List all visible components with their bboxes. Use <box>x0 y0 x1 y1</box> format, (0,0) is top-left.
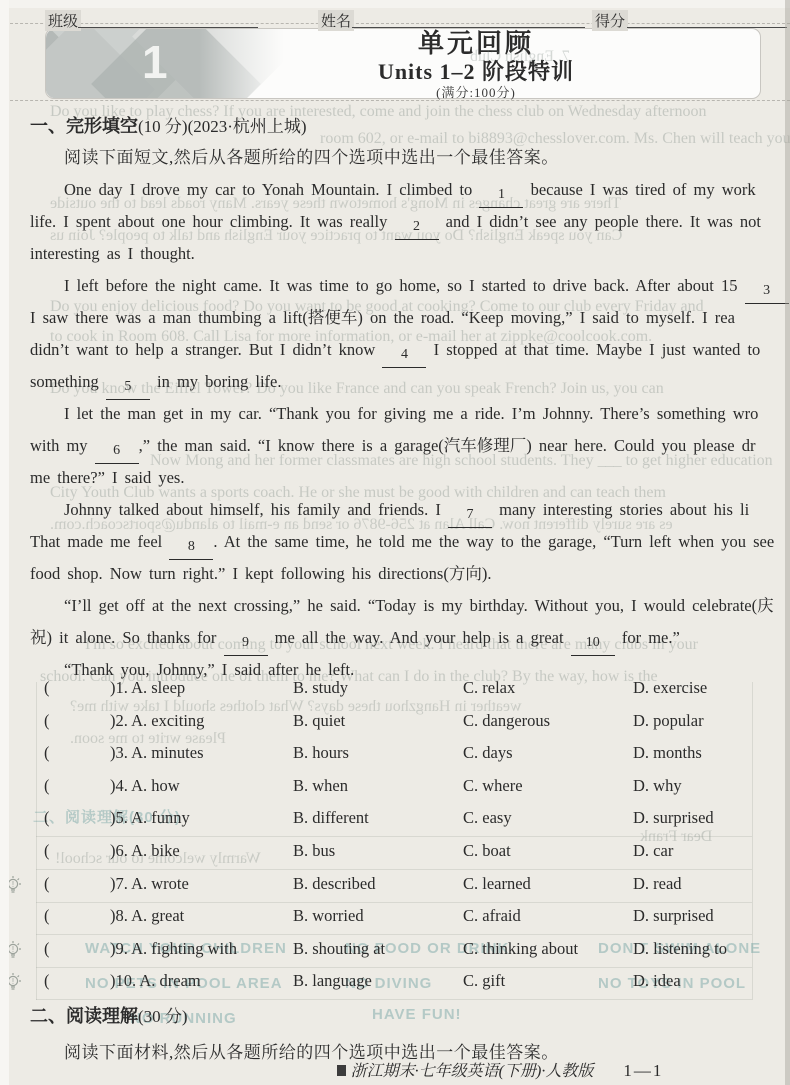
section1-title: 一、完形填空 <box>30 116 138 136</box>
dashed-rule-bottom <box>0 100 790 101</box>
choice-b: B. when <box>293 776 348 796</box>
option-row-1: ()1. A. sleepB. studyC. relaxD. exercise <box>30 678 790 704</box>
class-field-label: 班级 <box>45 10 81 31</box>
answer-bracket-open: ( <box>44 678 50 698</box>
choice-c: C. days <box>463 743 513 763</box>
blank-5: 5 <box>106 379 150 400</box>
answer-bracket-open: ( <box>44 743 50 763</box>
choice-d: D. car <box>633 841 673 861</box>
name-field-line <box>352 27 585 28</box>
passage-line: food shop. Now turn right.” I kept follo… <box>30 558 790 590</box>
passage-line: I left before the night came. It was tim… <box>30 270 790 302</box>
page-top-edge <box>0 0 790 8</box>
score-field-label: 得分 <box>592 10 628 31</box>
choice-c: C. thinking about <box>463 939 578 959</box>
choice-a: )4. A. how <box>110 776 180 796</box>
passage-line: I let the man get in my car. “Thank you … <box>30 398 790 430</box>
blank-3: 3 <box>745 283 789 304</box>
answer-bracket-open: ( <box>44 906 50 926</box>
choice-a: )6. A. bike <box>110 841 180 861</box>
choice-a: )1. A. sleep <box>110 678 185 698</box>
blank-8: 8 <box>169 539 213 560</box>
choice-a: )9. A. fighting with <box>110 939 237 959</box>
choice-b: B. different <box>293 808 369 828</box>
option-row-2: ()2. A. excitingB. quietC. dangerousD. p… <box>30 711 790 737</box>
passage-line: life. I spent about one hour climbing. I… <box>30 206 790 238</box>
choice-d: D. popular <box>633 711 704 731</box>
choice-c: C. learned <box>463 874 531 894</box>
choice-c: C. relax <box>463 678 515 698</box>
footer-text: 浙江期末·七年级英语(下册)·人教版 <box>351 1063 594 1080</box>
choice-a: )10. A. dream <box>110 971 201 991</box>
passage-line: One day I drove my car to Yonah Mountain… <box>30 174 790 206</box>
page-footer: 浙江期末·七年级英语(下册)·人教版1—1 <box>287 1058 713 1085</box>
choice-c: C. afraid <box>463 906 521 926</box>
choice-c: C. easy <box>463 808 512 828</box>
answer-bracket-open: ( <box>44 776 50 796</box>
option-row-7: !()7. A. wroteB. describedC. learnedD. r… <box>30 874 790 900</box>
unit-title-block: 单元回顾 Units 1–2 阶段特训 (满分:100分) <box>196 30 756 100</box>
unit-number: 1 <box>142 35 168 89</box>
name-field-label: 姓名 <box>318 10 354 31</box>
passage-line: Johnny talked about himself, his family … <box>30 494 790 526</box>
answer-bracket-open: ( <box>44 808 50 828</box>
section2-points: (30 分) <box>138 1007 188 1026</box>
section2-heading: 二、阅读理解(30 分) <box>30 1002 188 1028</box>
page-right-edge <box>785 0 790 1085</box>
option-row-3: ()3. A. minutesB. hoursC. daysD. months <box>30 743 790 769</box>
choice-a: )5. A. funny <box>110 808 190 828</box>
choice-b: B. described <box>293 874 375 894</box>
choice-d: D. read <box>633 874 682 894</box>
svg-text:!: ! <box>12 945 14 954</box>
choice-d: D. surprised <box>633 808 714 828</box>
passage-line: something 5 in my boring life. <box>30 366 790 398</box>
passage-line: didn’t want to help a stranger. But I di… <box>30 334 790 366</box>
blank-9: 9 <box>224 635 268 656</box>
answer-bracket-open: ( <box>44 711 50 731</box>
choice-b: B. bus <box>293 841 335 861</box>
choice-a: )7. A. wrote <box>110 874 189 894</box>
choice-b: B. worried <box>293 906 364 926</box>
choice-a: )2. A. exciting <box>110 711 204 731</box>
svg-text:!: ! <box>12 977 14 986</box>
choice-b: B. hours <box>293 743 349 763</box>
blank-10: 10 <box>571 635 615 656</box>
answer-bracket-open: ( <box>44 874 50 894</box>
unit-title: 单元回顾 <box>196 30 756 59</box>
option-row-10: !()10. A. dreamB. languageC. giftD. idea <box>30 971 790 997</box>
choice-c: C. dangerous <box>463 711 550 731</box>
choice-b: B. shouting at <box>293 939 385 959</box>
choice-b: B. study <box>293 678 348 698</box>
option-row-5: ()5. A. funnyB. differentC. easyD. surpr… <box>30 808 790 834</box>
choice-b: B. quiet <box>293 711 345 731</box>
choice-d: D. why <box>633 776 682 796</box>
option-row-4: ()4. A. howB. whenC. whereD. why <box>30 776 790 802</box>
full-score-note: (满分:100分) <box>196 86 756 100</box>
blank-6: 6 <box>95 443 139 464</box>
section1-points: (10 分) <box>138 117 188 136</box>
choice-d: D. listening to <box>633 939 727 959</box>
page-left-edge <box>0 0 9 1085</box>
test-paper-page: 班级 姓名 得分 1 单元回顾 Units 1–2 阶段特训 (满分:100分)… <box>0 0 790 1085</box>
answer-bracket-open: ( <box>44 939 50 959</box>
option-row-8: ()8. A. greatB. worriedC. afraidD. surpr… <box>30 906 790 932</box>
svg-text:!: ! <box>12 880 14 889</box>
section1-instruction: 阅读下面短文,然后从各题所给的四个选项中选出一个最佳答案。 <box>64 143 559 168</box>
choice-c: C. gift <box>463 971 505 991</box>
passage-line: with my 6,” the man said. “I know there … <box>30 430 790 462</box>
answer-bracket-open: ( <box>44 971 50 991</box>
passage-line: 祝) it alone. So thanks for 9 me all the … <box>30 622 790 654</box>
option-row-9: !()9. A. fighting withB. shouting atC. t… <box>30 939 790 965</box>
passage-line: interesting as I thought. <box>30 238 790 270</box>
score-field-line <box>627 27 787 28</box>
blank-2: 2 <box>395 219 439 240</box>
class-field-line <box>78 27 258 28</box>
unit-banner: 1 单元回顾 Units 1–2 阶段特训 (满分:100分) <box>45 28 761 99</box>
section2-title: 二、阅读理解 <box>30 1006 138 1026</box>
passage-line: I saw there was a man thumbing a lift(搭便… <box>30 302 790 334</box>
footer-square-icon <box>337 1065 346 1076</box>
choice-a: )8. A. great <box>110 906 184 926</box>
passage-line: me there?” I said yes. <box>30 462 790 494</box>
footer-page-number: 1—1 <box>623 1061 663 1080</box>
cloze-options: ()1. A. sleepB. studyC. relaxD. exercise… <box>30 678 790 1008</box>
choice-d: D. exercise <box>633 678 707 698</box>
cloze-passage: One day I drove my car to Yonah Mountain… <box>30 174 790 686</box>
option-row-6: ()6. A. bikeB. busC. boatD. car <box>30 841 790 867</box>
section1-source: (2023·杭州上城) <box>188 117 307 136</box>
choice-c: C. boat <box>463 841 511 861</box>
blank-7: 7 <box>448 507 492 528</box>
choice-d: D. surprised <box>633 906 714 926</box>
blank-4: 4 <box>382 347 426 368</box>
choice-d: D. idea <box>633 971 681 991</box>
unit-subtitle: Units 1–2 阶段特训 <box>196 60 756 84</box>
choice-b: B. language <box>293 971 372 991</box>
answer-bracket-open: ( <box>44 841 50 861</box>
choice-c: C. where <box>463 776 523 796</box>
bleed-through-text: HAVE FUN! <box>372 1006 462 1023</box>
dashed-rule-top <box>0 23 790 24</box>
blank-1: 1 <box>479 187 523 208</box>
choice-d: D. months <box>633 743 702 763</box>
section1-heading: 一、完形填空(10 分)(2023·杭州上城) <box>30 112 307 138</box>
passage-line: That made me feel 8. At the same time, h… <box>30 526 790 558</box>
passage-line: “I’ll get off at the next crossing,” he … <box>30 590 790 622</box>
choice-a: )3. A. minutes <box>110 743 204 763</box>
